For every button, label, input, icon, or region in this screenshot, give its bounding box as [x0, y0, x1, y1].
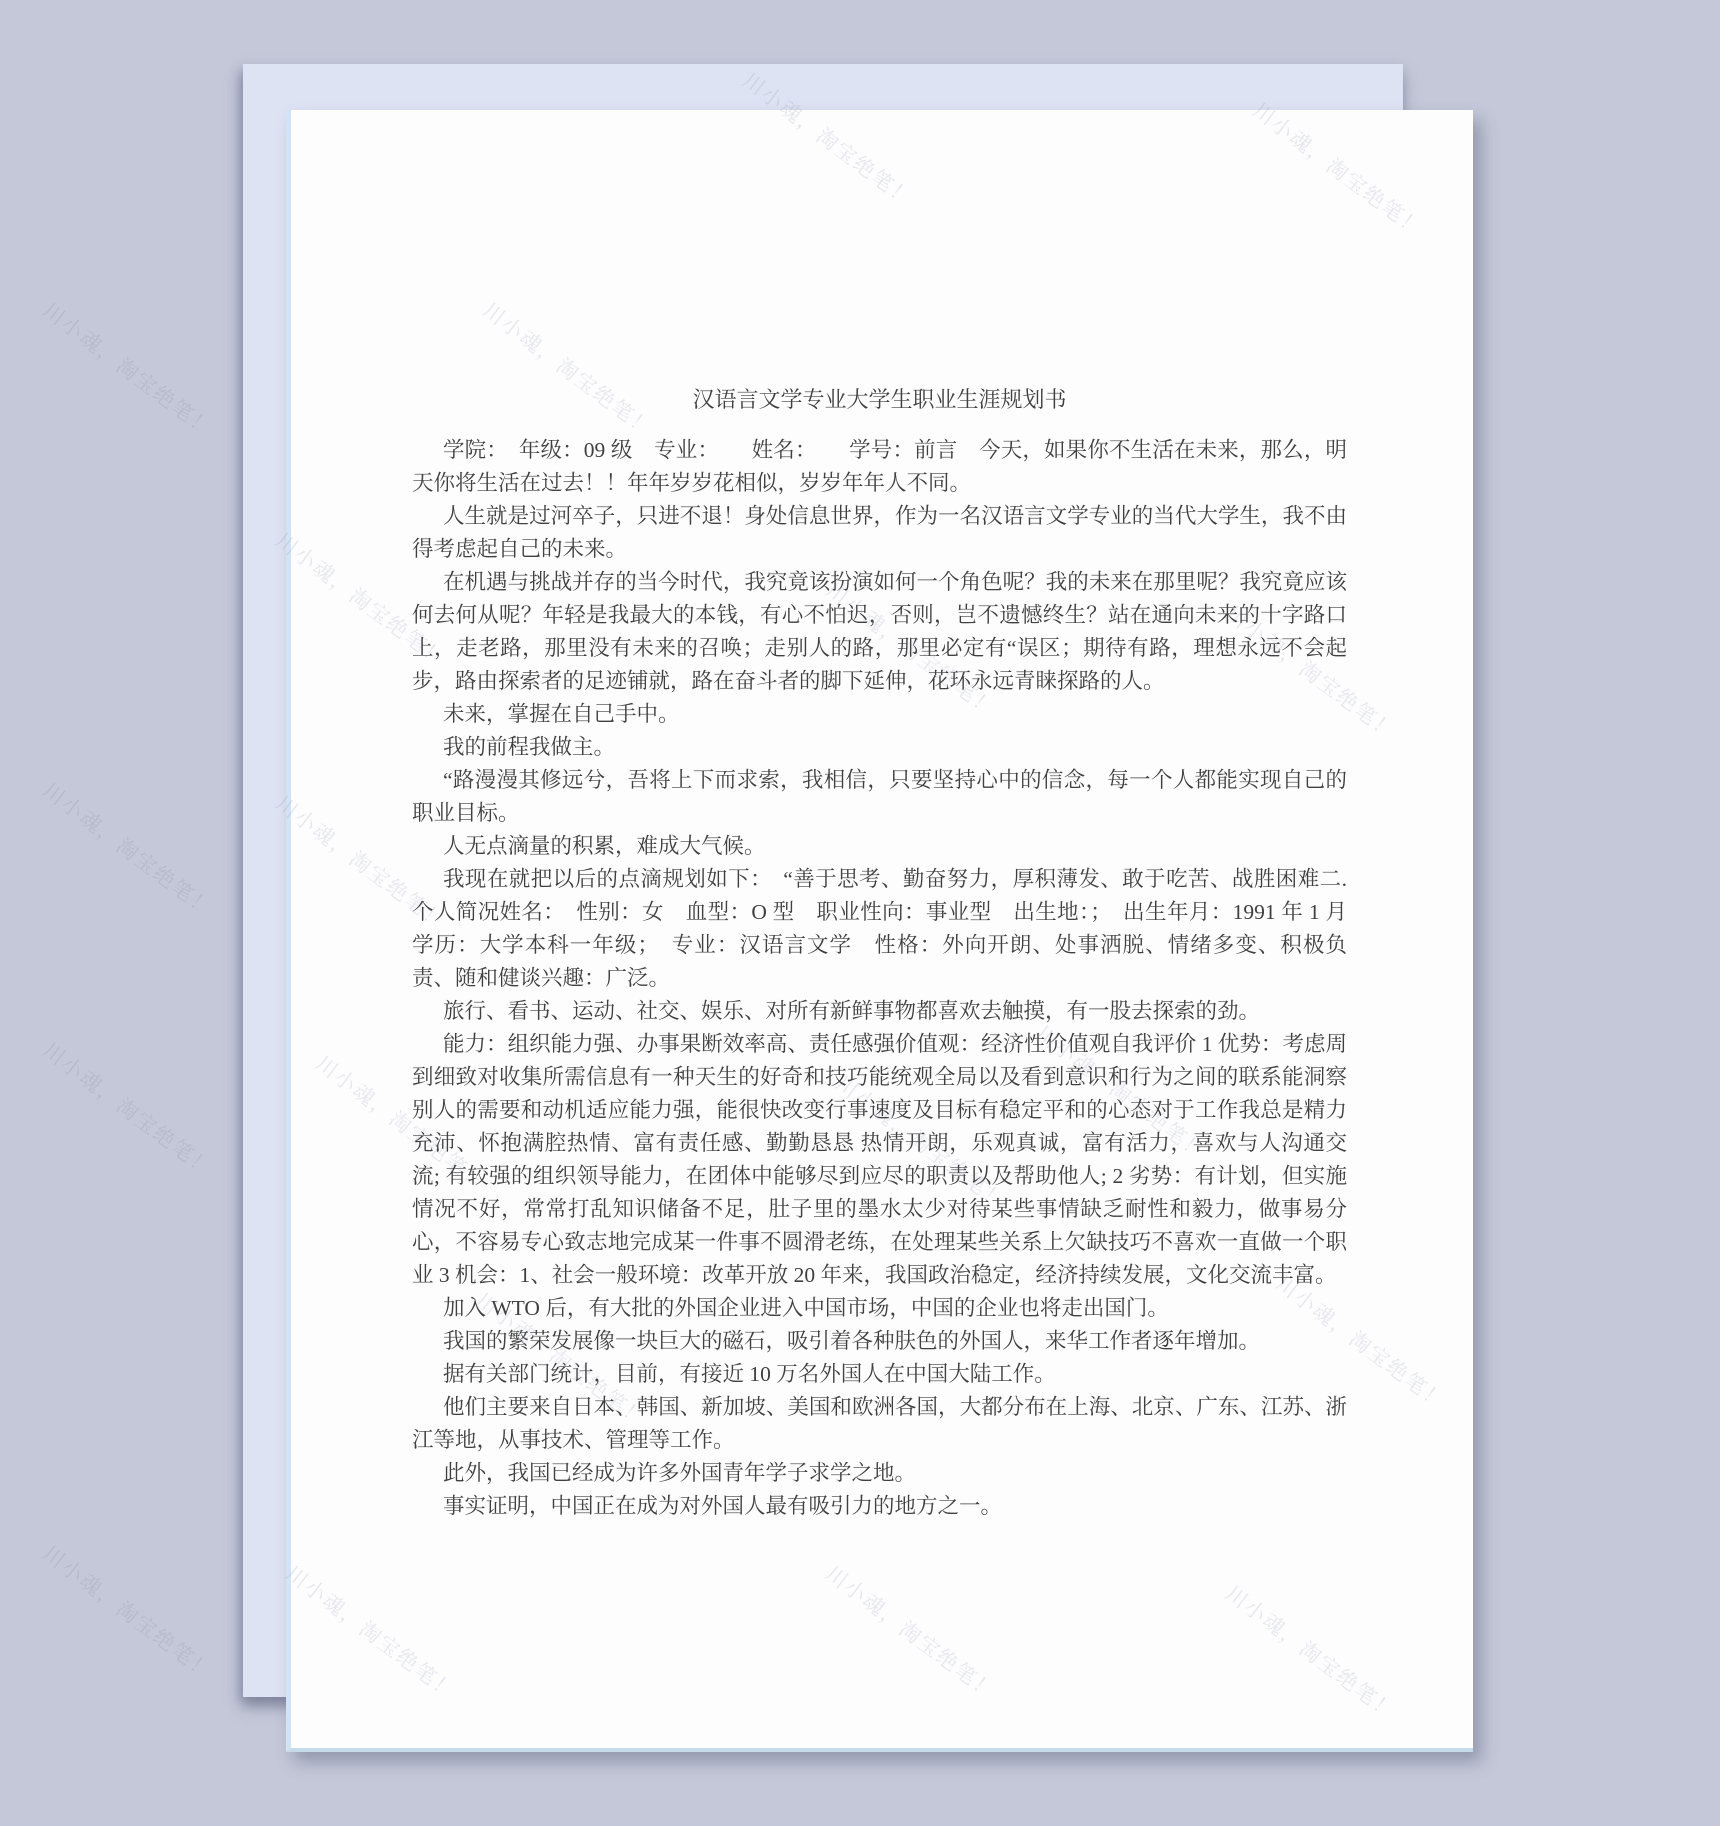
paragraph: “路漫漫其修远兮，吾将上下而求索，我相信，只要坚持心中的信念，每一个人都能实现自… — [412, 764, 1347, 830]
paragraph: 我的前程我做主。 — [412, 731, 1347, 764]
watermark-text: 川小魂，淘宝绝笔！ — [37, 295, 220, 444]
paragraph: 事实证明，中国正在成为对外国人最有吸引力的地方之一。 — [412, 1490, 1347, 1523]
paragraph: 我国的繁荣发展像一块巨大的磁石，吸引着各种肤色的外国人，来华工作者逐年增加。 — [412, 1325, 1347, 1358]
paragraph: 据有关部门统计，目前，有接近 10 万名外国人在中国大陆工作。 — [412, 1358, 1347, 1391]
document-body: 学院： 年级：09 级 专业： 姓名： 学号：前言 今天，如果你不生活在未来，那… — [412, 434, 1347, 1523]
paragraph: 能力：组织能力强、办事果断效率高、责任感强价值观：经济性价值观自我评价 1 优势… — [412, 1028, 1347, 1292]
watermark-text: 川小魂，淘宝绝笔！ — [37, 775, 220, 924]
page-content-area: 汉语言文学专业大学生职业生涯规划书 学院： 年级：09 级 专业： 姓名： 学号… — [291, 110, 1473, 1748]
watermark-text: 川小魂，淘宝绝笔！ — [37, 1538, 220, 1687]
paragraph: 人无点滴量的积累，难成大气候。 — [412, 830, 1347, 863]
paragraph: 学院： 年级：09 级 专业： 姓名： 学号：前言 今天，如果你不生活在未来，那… — [412, 434, 1347, 500]
paragraph: 此外，我国已经成为许多外国青年学子求学之地。 — [412, 1457, 1347, 1490]
paragraph: 人生就是过河卒子，只进不退！身处信息世界，作为一名汉语言文学专业的当代大学生，我… — [412, 500, 1347, 566]
paragraph: 加入 WTO 后，有大批的外国企业进入中国市场，中国的企业也将走出国门。 — [412, 1292, 1347, 1325]
document-title: 汉语言文学专业大学生职业生涯规划书 — [412, 383, 1347, 416]
paragraph: 他们主要来自日本、韩国、新加坡、美国和欧洲各国，大都分布在上海、北京、广东、江苏… — [412, 1391, 1347, 1457]
paragraph: 在机遇与挑战并存的当今时代，我究竟该扮演如何一个角色呢？我的未来在那里呢？我究竟… — [412, 566, 1347, 698]
desktop-background: 汉语言文学专业大学生职业生涯规划书 学院： 年级：09 级 专业： 姓名： 学号… — [0, 0, 1720, 1826]
document-page: 汉语言文学专业大学生职业生涯规划书 学院： 年级：09 级 专业： 姓名： 学号… — [286, 110, 1473, 1752]
paragraph: 我现在就把以后的点滴规划如下： “善于思考、勤奋努力，厚积薄发、敢于吃苦、战胜困… — [412, 863, 1347, 995]
paragraph: 未来，掌握在自己手中。 — [412, 698, 1347, 731]
paragraph: 旅行、看书、运动、社交、娱乐、对所有新鲜事物都喜欢去触摸，有一股去探索的劲。 — [412, 995, 1347, 1028]
watermark-text: 川小魂，淘宝绝笔！ — [37, 1035, 220, 1184]
